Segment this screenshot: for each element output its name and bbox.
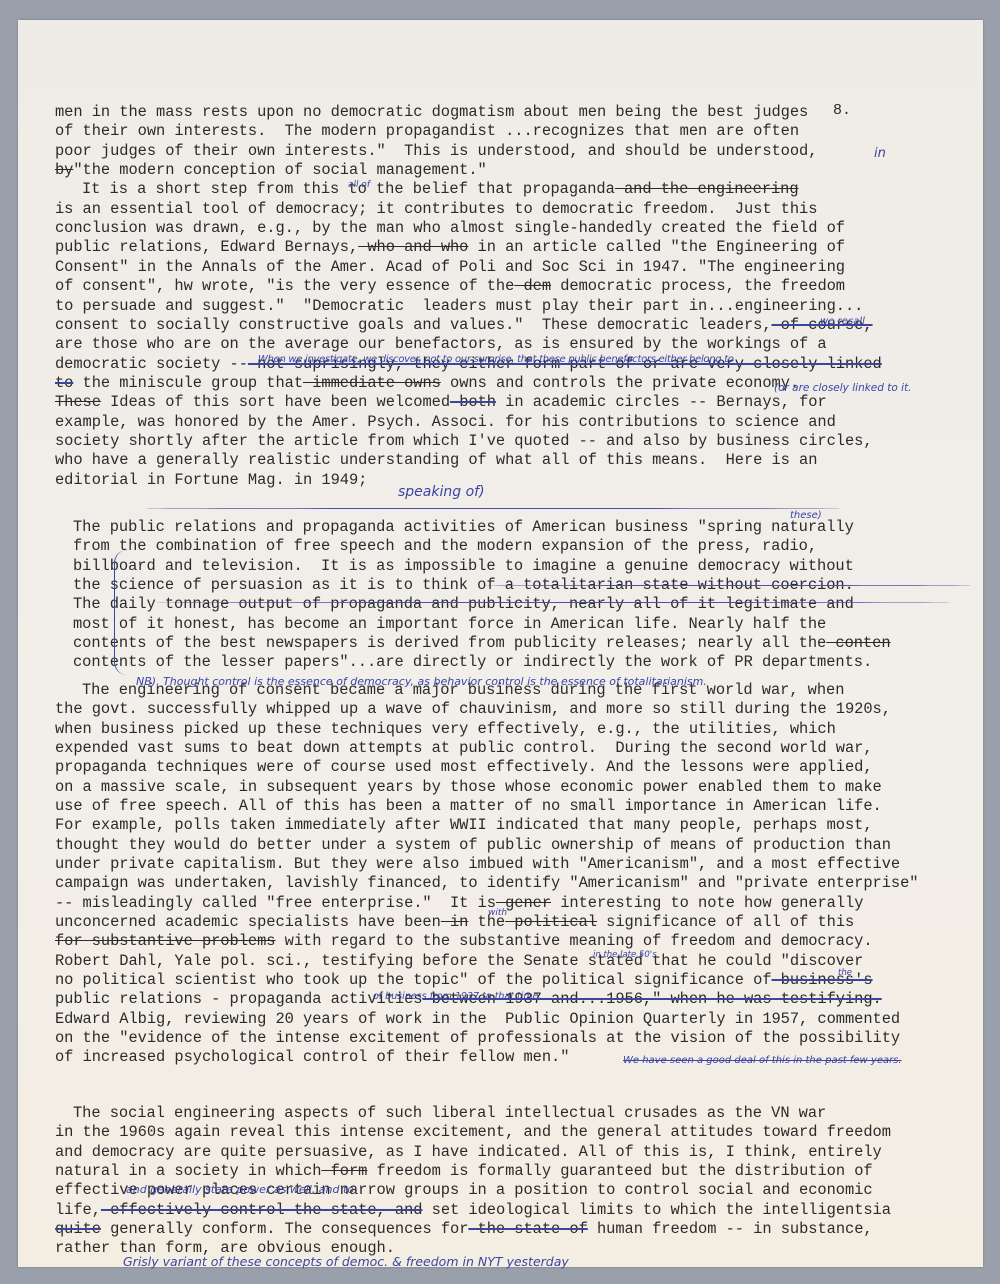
typed-line: most of it honest, has become an importa… [73,615,826,633]
text-span: are those who are on the average our ben… [55,335,827,353]
annotation-of-business: of business from 1937 to that time. [373,991,542,1002]
text-span: generally conform. The consequences for [101,1220,468,1238]
text-span: owns and controls the private economy. [441,374,799,392]
typed-line: contents of the lesser papers"...are dir… [73,653,872,671]
text-span: Consent" in the Annals of the Amer. Acad… [55,258,845,276]
annotation-and-generally: and generally state power as well, and t… [126,1183,354,1196]
text-span: use of free speech. All of this has been… [55,797,882,815]
text-span: For example, polls taken immediately aft… [55,816,873,834]
struck-text: both [450,393,496,411]
text-span: under private capitalism. But they were … [55,855,900,873]
typed-line: The social engineering aspects of such l… [73,1104,826,1122]
typed-line: to persuade and suggest." "Democratic le… [55,297,863,315]
annotation-all-of: all of [348,180,370,190]
typed-line: example, was honored by the Amer. Psych.… [55,413,836,431]
typed-line: by"the modern conception of social manag… [55,161,487,179]
text-span: is an essential tool of democracy; it co… [55,200,817,218]
text-span: of their own interests. The modern propa… [55,122,799,140]
typed-line: are those who are on the average our ben… [55,335,827,353]
typed-line: of consent", hw wrote, "is the very esse… [55,277,845,295]
typed-line: is an essential tool of democracy; it co… [55,200,817,218]
text-span: human freedom -- in substance, [588,1220,873,1238]
typed-line: Edward Albig, reviewing 20 years of work… [55,1010,900,1028]
text-span: men in the mass rests upon no democratic… [55,103,808,121]
text-span: unconcerned academic specialists have be… [55,913,441,931]
typed-line: The public relations and propaganda acti… [73,518,854,536]
typed-line: on a massive scale, in subsequent years … [55,778,882,796]
typed-line: who have a generally realistic understan… [55,451,817,469]
annotation-closely-linked: (or are closely linked to it. [774,382,912,394]
typed-line: from the combination of free speech and … [73,537,817,555]
text-span: Robert Dahl, Yale pol. sci., testifying … [55,952,863,970]
annotation-the: the [838,968,852,978]
typed-line: thought they would do better under a sys… [55,836,891,854]
typed-line: These Ideas of this sort have been welco… [55,393,827,411]
annotation-late-50s: in the late 50's [593,950,657,960]
margin-bracket-mark [114,550,127,675]
text-span: poor judges of their own interests." Thi… [55,142,817,160]
text-span: of increased psychological control of th… [55,1048,569,1066]
annotation-bottom-note: Grisly variant of these concepts of demo… [123,1254,569,1269]
typed-line: for substantive problems with regard to … [55,932,873,950]
typed-line: men in the mass rests upon no democratic… [55,103,808,121]
text-span: thought they would do better under a sys… [55,836,891,854]
text-span: life, [55,1201,101,1219]
page-number: 8. [833,102,851,119]
text-span: The public relations and propaganda acti… [73,518,854,536]
text-span: society shortly after the article from w… [55,432,873,450]
struck-text: the state of [468,1220,587,1238]
annotation-investigate: When we investigate, we discover, not to… [258,354,734,365]
annotation-nb-note: NB). Thought control is the essence of d… [136,675,707,688]
typed-line: -- misleadingly called "free enterprise.… [55,894,863,912]
typed-line: The daily tonnage output of propaganda a… [73,595,854,613]
struck-text: for substantive problems [55,932,275,950]
typed-line: of their own interests. The modern propa… [55,122,799,140]
text-span: freedom is formally guaranteed but the d… [367,1162,872,1180]
struck-text: political [505,913,597,931]
typed-line: natural in a society in which form freed… [55,1162,873,1180]
text-span: democratic society -- [55,355,248,373]
typed-line: consent to socially constructive goals a… [55,316,873,334]
annotation-with: with [488,908,507,918]
typed-line: It is a short step from this to the beli… [82,180,799,198]
struck-text: business's [772,971,873,989]
text-span: from the combination of free speech and … [73,537,817,555]
text-span: expended vast sums to beat down attempts… [55,739,873,757]
text-span: the govt. successfully whipped up a wave… [55,700,891,718]
typed-line: life, effectively control the state, and… [55,1201,891,1219]
struck-text: in [441,913,469,931]
text-span: example, was honored by the Amer. Psych.… [55,413,836,431]
struck-text: effectively control the state, and [101,1201,423,1219]
text-span: -- misleadingly called "free enterprise.… [55,894,496,912]
annotation-in: in [874,146,886,161]
struck-text: to [55,374,73,392]
text-span: significance of all of this [597,913,854,931]
text-span: The daily tonnage output of propaganda a… [73,595,854,613]
struck-text: by [55,161,73,179]
text-span: who have a generally realistic understan… [55,451,817,469]
text-span: editorial in Fortune Mag. in 1949; [55,471,367,489]
typed-line: use of free speech. All of this has been… [55,797,882,815]
typed-line: when business picked up these techniques… [55,720,836,738]
text-span: the miniscule group that [73,374,303,392]
struck-text: immediate owns [303,374,441,392]
text-span: interesting to note how generally [551,894,863,912]
typed-line: society shortly after the article from w… [55,432,873,450]
annotation-we-recall: we recall [820,316,865,327]
text-span: contents of the best newspapers is deriv… [73,634,826,652]
typed-line: Consent" in the Annals of the Amer. Acad… [55,258,845,276]
text-span: democratic process, the freedom [551,277,845,295]
text-span: in the 1960s again reveal this intense e… [55,1123,891,1141]
typed-line: quite generally conform. The consequence… [55,1220,873,1238]
text-span: conclusion was drawn, e.g., by the man w… [55,219,845,237]
text-span: Ideas of this sort have been welcomed [101,393,450,411]
text-span: set ideological limits to which the inte… [422,1201,890,1219]
text-span: consent to socially constructive goals a… [55,316,772,334]
struck-text: conten [826,634,890,652]
text-span: contents of the lesser papers"...are dir… [73,653,872,671]
text-span: campaign was undertaken, lavishly financ… [55,874,918,892]
text-span: public relations - propaganda activities [55,990,422,1008]
text-span: to persuade and suggest." "Democratic le… [55,297,863,315]
text-span: Edward Albig, reviewing 20 years of work… [55,1010,900,1028]
struck-text: who and who [358,238,468,256]
typed-line: to the miniscule group that immediate ow… [55,374,799,392]
annotation-struck-note: We have seen a good deal of this in the … [623,1055,902,1066]
typed-line: expended vast sums to beat down attempts… [55,739,873,757]
typed-line: in the 1960s again reveal this intense e… [55,1123,891,1141]
text-span: The social engineering aspects of such l… [73,1104,826,1122]
typed-line: public relations, Edward Bernays, who an… [55,238,845,256]
text-span: most of it honest, has become an importa… [73,615,826,633]
struck-text: and the engineering [615,180,799,198]
typed-line: editorial in Fortune Mag. in 1949; [55,471,367,489]
text-span: in an article called "the Engineering of [468,238,845,256]
annotation-these: these) [790,510,822,521]
struck-text: quite [55,1220,101,1238]
typed-line: poor judges of their own interests." Thi… [55,142,817,160]
typed-line: For example, polls taken immediately aft… [55,816,873,834]
ink-underline-2 [153,602,953,603]
text-span: propaganda techniques were of course use… [55,758,873,776]
typed-line: unconcerned academic specialists have be… [55,913,854,931]
text-span: natural in a society in which [55,1162,321,1180]
typed-line: billboard and television. It is as impos… [73,557,854,575]
text-span: on the "evidence of the intense exciteme… [55,1029,900,1047]
text-span: with regard to the substantive meaning o… [275,932,872,950]
typed-line: no political scientist who took up the t… [55,971,873,989]
typed-line: under private capitalism. But they were … [55,855,900,873]
text-span: "the modern conception of social managem… [73,161,486,179]
typed-line: contents of the best newspapers is deriv… [73,634,891,652]
struck-text: These [55,393,101,411]
typed-line: the govt. successfully whipped up a wave… [55,700,891,718]
text-span: in academic circles -- Bernays, for [496,393,827,411]
typed-line: on the "evidence of the intense exciteme… [55,1029,900,1047]
text-span: billboard and television. It is as impos… [73,557,854,575]
text-span: on a massive scale, in subsequent years … [55,778,882,796]
typed-line: and democracy are quite persuasive, as I… [55,1143,882,1161]
text-span: of consent", hw wrote, "is the very esse… [55,277,514,295]
text-span: public relations, Edward Bernays, [55,238,358,256]
typed-line: of increased psychological control of th… [55,1048,569,1066]
struck-text: form [321,1162,367,1180]
annotation-speaking-of: speaking of) [398,484,485,500]
text-span: and democracy are quite persuasive, as I… [55,1143,882,1161]
text-span: no political scientist who took up the t… [55,971,772,989]
typed-line: conclusion was drawn, e.g., by the man w… [55,219,845,237]
typewritten-page: 8. men in the mass rests upon no democra… [18,20,983,1267]
struck-text: dem [514,277,551,295]
typed-line: campaign was undertaken, lavishly financ… [55,874,918,892]
typed-line: Robert Dahl, Yale pol. sci., testifying … [55,952,863,970]
text-span: when business picked up these techniques… [55,720,836,738]
typed-line: propaganda techniques were of course use… [55,758,873,776]
ink-underline-above-quote [143,508,843,509]
